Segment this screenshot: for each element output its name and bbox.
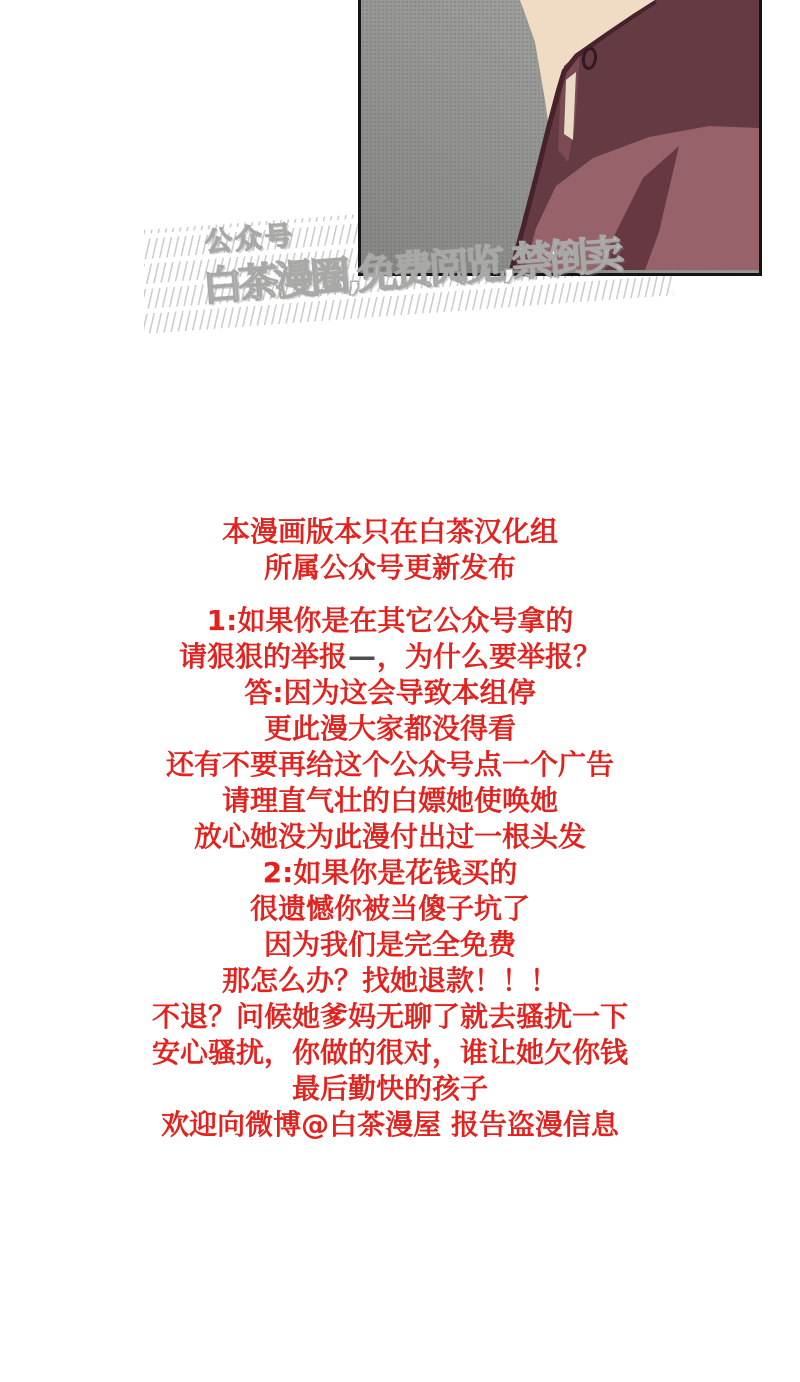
notice-line: 因为我们是完全免费	[0, 927, 780, 963]
notice-line: 欢迎向微博@白茶漫屋 报告盗漫信息	[0, 1107, 780, 1143]
notice-line: 2:如果你是花钱买的	[0, 855, 780, 891]
notice-line: 本漫画版本只在白茶汉化组	[0, 514, 780, 550]
notice-line: 答:因为这会导致本组停	[0, 675, 780, 711]
notice-line: 所属公众号更新发布	[0, 550, 780, 586]
notice-line: 还有不要再给这个公众号点一个广告	[0, 747, 780, 783]
notice-line: 1:如果你是在其它公众号拿的	[0, 603, 780, 639]
notice-line: 请狠狠的举报—，为什么要举报？	[0, 639, 780, 675]
notice-line: 请理直气壮的白嫖她使唤她	[0, 783, 780, 819]
strikethrough-mark: —	[347, 640, 377, 673]
notice-line: 不退？问候她爹妈无聊了就去骚扰一下	[0, 999, 780, 1035]
notice-line: 很遗憾你被当傻子坑了	[0, 891, 780, 927]
anti-piracy-notice: 本漫画版本只在白茶汉化组 所属公众号更新发布 1:如果你是在其它公众号拿的 请狠…	[0, 514, 780, 1143]
notice-line-post: ，为什么要举报？	[377, 640, 601, 673]
notice-line: 最后勤快的孩子	[0, 1071, 780, 1107]
notice-line: 放心她没为此漫付出过一根头发	[0, 819, 780, 855]
notice-line: 安心骚扰，你做的很对，谁让她欠你钱	[0, 1035, 780, 1071]
notice-line: 更此漫大家都没得看	[0, 711, 780, 747]
notice-line-pre: 请狠狠的举报	[179, 640, 347, 673]
webtoon-page: 公众号 白茶漫圈,免费阅览,禁倒卖 本漫画版本只在白茶汉化组 所属公众号更新发布…	[0, 0, 800, 1382]
notice-line: 那怎么办？找她退款！！！	[0, 963, 780, 999]
